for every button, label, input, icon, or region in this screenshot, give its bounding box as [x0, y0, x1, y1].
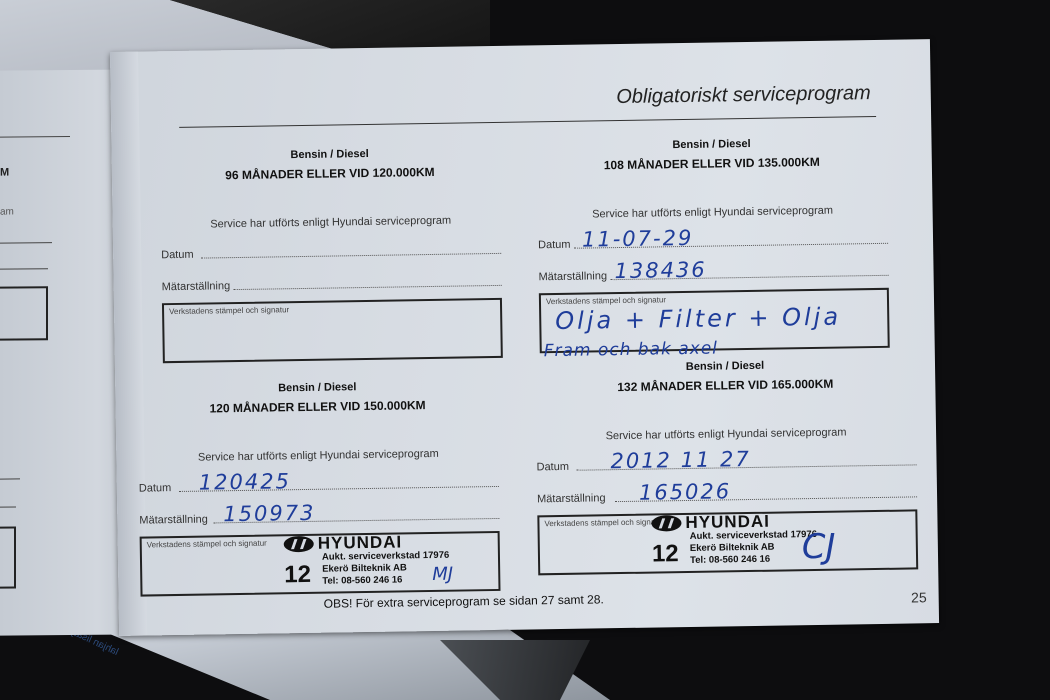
service-interval: 120 MÅNADER ELLER VID 150.000KM: [138, 397, 498, 417]
service-statement: Service har utförts enligt Hyundai servi…: [536, 425, 916, 443]
odometer-field[interactable]: Mätarställning: [161, 266, 501, 295]
footer-note: OBS! För extra serviceprogram se sidan 2…: [324, 592, 604, 610]
service-interval: 96 MÅNADER ELLER VID 120.000KM: [160, 164, 500, 183]
date-field[interactable]: Datum 11-07-29: [538, 224, 888, 253]
workshop-stamp: HYUNDAI 12 Aukt. serviceverkstad 17976 E…: [284, 531, 485, 592]
right-page: Obligatoriskt serviceprogram Bensin / Di…: [110, 39, 939, 636]
handwritten-date: 2012 11 27: [610, 447, 751, 473]
date-field[interactable]: Datum: [161, 234, 501, 263]
date-label: Datum: [536, 461, 569, 474]
hyundai-logo-icon: [651, 515, 681, 531]
service-interval: 132 MÅNADER ELLER VID 165.000KM: [535, 375, 915, 395]
stamp-line-1: Aukt. serviceverkstad 17976: [690, 529, 817, 543]
service-statement: Service har utförts enligt Hyundai servi…: [161, 214, 501, 231]
handwritten-odometer: 150973: [223, 501, 316, 526]
odometer-field[interactable]: Mätarställning 138436: [538, 256, 888, 285]
left-page-rule: [0, 136, 70, 138]
stamp-number: 12: [284, 561, 311, 589]
service-statement: Service har utförts enligt Hyundai servi…: [538, 204, 888, 221]
signature: CJ: [802, 527, 836, 568]
stamp-box[interactable]: Verkstadens stämpel och signatur HYUNDAI…: [140, 531, 501, 597]
odometer-line: [234, 285, 502, 290]
stamp-label: Verkstadens stämpel och signatur: [546, 295, 666, 306]
odometer-label: Mätarställning: [537, 492, 606, 505]
stamp-label: Verkstadens stämpel och signatur: [544, 517, 664, 528]
odometer-label: Mätarställning: [162, 280, 231, 293]
stamp-number: 12: [652, 540, 679, 568]
date-field[interactable]: Datum 2012 11 27: [536, 445, 916, 475]
fuel-type: Bensin / Diesel: [137, 379, 497, 397]
stamp-box[interactable]: Verkstadens stämpel och signatur: [162, 298, 503, 363]
page-title: Obligatoriskt serviceprogram: [616, 82, 871, 109]
hyundai-logo-icon: [284, 536, 314, 552]
signature: MJ: [432, 564, 453, 585]
odometer-field[interactable]: Mätarställning 165026: [537, 477, 917, 507]
left-page-rule: [0, 506, 16, 507]
service-section-108: Bensin / Diesel 108 MÅNADER ELLER VID 13…: [536, 136, 889, 353]
page-number: 25: [911, 589, 927, 605]
handwritten-odometer: 165026: [639, 479, 732, 504]
left-page-rule: [0, 268, 48, 269]
date-label: Datum: [538, 239, 571, 252]
left-page-stamp-box: [0, 286, 48, 340]
handwritten-extra-note: Fram och bak axel: [544, 338, 718, 361]
date-label: Datum: [139, 482, 172, 495]
left-page-rule: [0, 478, 20, 479]
handwritten-date: 11-07-29: [582, 226, 694, 252]
left-page-stamp-box: [0, 526, 16, 588]
service-interval: 108 MÅNADER ELLER VID 135.000KM: [537, 154, 887, 173]
handwritten-odometer: 138436: [614, 258, 707, 283]
fuel-type: Bensin / Diesel: [160, 146, 500, 163]
service-statement: Service har utförts enligt Hyundai servi…: [138, 447, 498, 465]
service-section-132: Bensin / Diesel 132 MÅNADER ELLER VID 16…: [535, 357, 918, 575]
odometer-label: Mätarställning: [139, 514, 208, 527]
odometer-label: Mätarställning: [538, 270, 607, 283]
header-rule: [179, 116, 876, 128]
stamp-line-3: Tel: 08-560 246 16: [690, 553, 817, 567]
fuel-type: Bensin / Diesel: [536, 136, 886, 153]
service-section-96: Bensin / Diesel 96 MÅNADER ELLER VID 120…: [160, 146, 503, 363]
service-section-120: Bensin / Diesel 120 MÅNADER ELLER VID 15…: [137, 379, 500, 597]
left-page-rule: [0, 242, 52, 243]
date-field[interactable]: Datum 120425: [139, 467, 499, 497]
stamp-box[interactable]: Verkstadens stämpel och signatur HYUNDAI…: [537, 509, 918, 575]
date-line: [201, 253, 501, 259]
handwritten-service-note: Olja + Filter + Olja: [555, 303, 841, 335]
odometer-field[interactable]: Mätarställning 150973: [139, 499, 499, 529]
date-label: Datum: [161, 249, 194, 262]
handwritten-date: 120425: [199, 469, 292, 494]
stamp-label: Verkstadens stämpel och signatur: [169, 305, 289, 316]
left-page-fragment: M: [0, 167, 9, 179]
stamp-line-3: Tel: 08-560 246 16: [322, 574, 449, 588]
stamp-line-1: Aukt. serviceverkstad 17976: [322, 550, 449, 564]
left-page-fragment: am: [0, 206, 14, 217]
stamp-label: Verkstadens stämpel och signatur: [147, 539, 267, 550]
